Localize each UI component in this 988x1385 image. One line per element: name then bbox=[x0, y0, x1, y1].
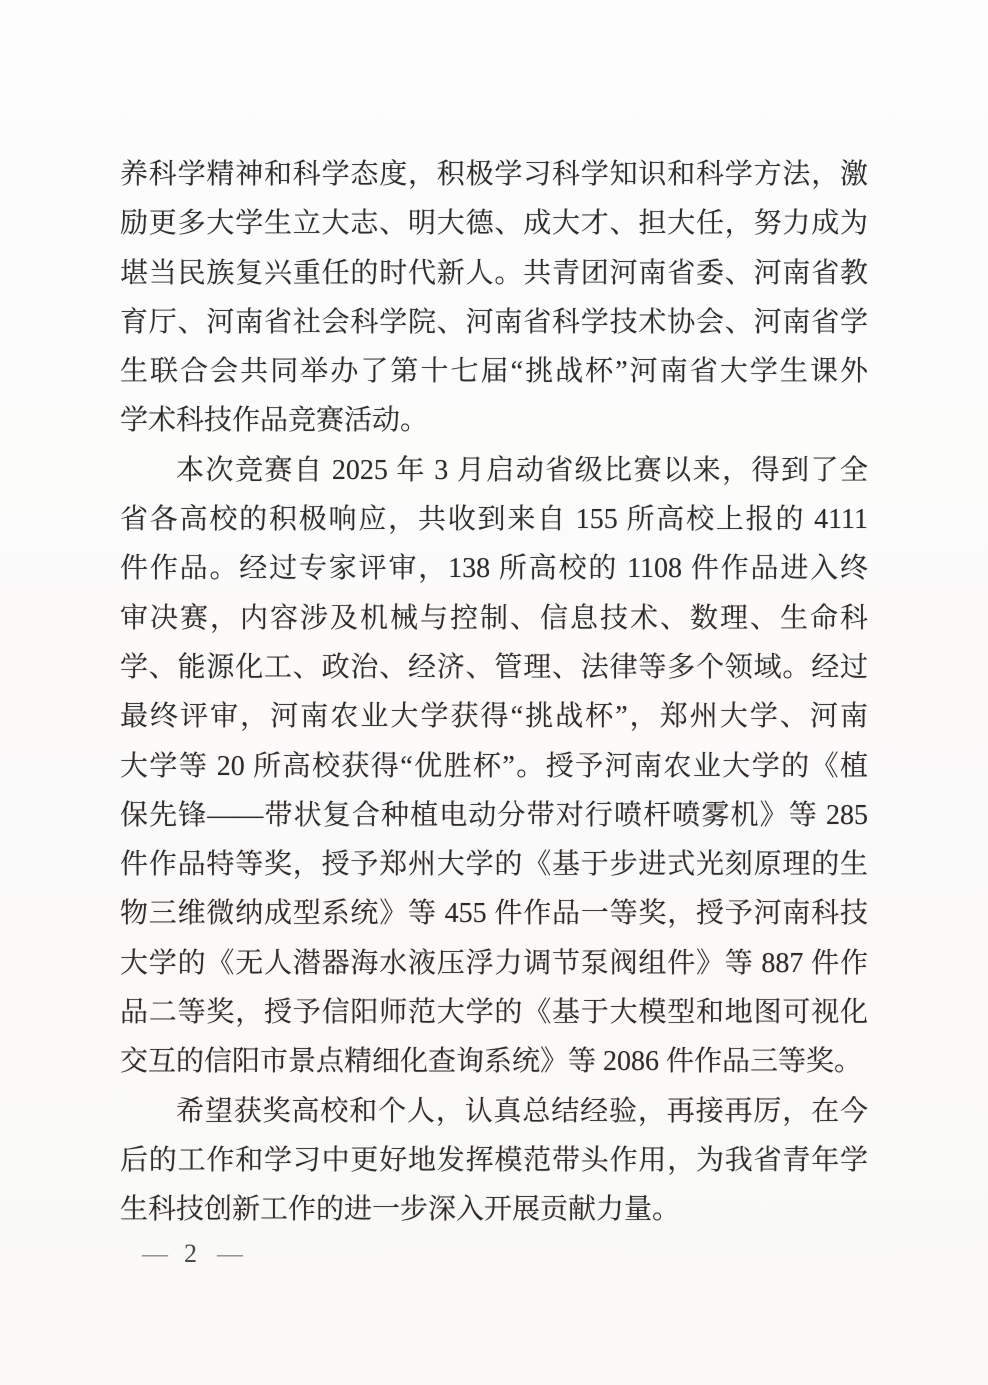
paragraph-2: 本次竞赛自 2025 年 3 月启动省级比赛以来，得到了全省各高校的积极响应，共… bbox=[120, 446, 868, 1087]
text-line: 本次竞赛自 2025 年 3 月启动省级比赛以来，得到了全 bbox=[120, 446, 868, 495]
text-line: 养科学精神和科学态度，积极学习科学知识和科学方法，激 bbox=[120, 150, 868, 199]
text-line: 励更多大学生立大志、明大德、成大才、担大任，努力成为 bbox=[120, 199, 868, 248]
text-line: 后的工作和学习中更好地发挥模范带头作用，为我省青年学 bbox=[120, 1136, 868, 1185]
text-line: 保先锋——带状复合种植电动分带对行喷杆喷雾机》等 285 bbox=[120, 791, 868, 840]
text-line: 生科技创新工作的进一步深入开展贡献力量。 bbox=[120, 1185, 868, 1234]
text-line: 物三维微纳成型系统》等 455 件作品一等奖，授予河南科技 bbox=[120, 889, 868, 938]
text-line: 大学的《无人潜器海水液压浮力调节泵阀组件》等 887 件作 bbox=[120, 939, 868, 988]
text-line: 学术科技作品竞赛活动。 bbox=[120, 396, 868, 445]
footer-right-dash: — bbox=[217, 1238, 243, 1270]
text-line: 件作品特等奖，授予郑州大学的《基于步进式光刻原理的生 bbox=[120, 840, 868, 889]
text-line: 堪当民族复兴重任的时代新人。共青团河南省委、河南省教 bbox=[120, 249, 868, 298]
text-line: 交互的信阳市景点精细化查询系统》等 2086 件作品三等奖。 bbox=[120, 1037, 868, 1086]
text-line: 审决赛，内容涉及机械与控制、信息技术、数理、生命科 bbox=[120, 594, 868, 643]
text-line: 希望获奖高校和个人，认真总结经验，再接再厉，在今 bbox=[120, 1087, 868, 1136]
text-line: 学、能源化工、政治、经济、管理、法律等多个领域。经过 bbox=[120, 643, 868, 692]
scanned-document-page: 养科学精神和科学态度，积极学习科学知识和科学方法，激励更多大学生立大志、明大德、… bbox=[0, 0, 988, 1385]
document-body: 养科学精神和科学态度，积极学习科学知识和科学方法，激励更多大学生立大志、明大德、… bbox=[120, 150, 868, 1235]
text-line: 省各高校的积极响应，共收到来自 155 所高校上报的 4111 bbox=[120, 495, 868, 544]
text-line: 件作品。经过专家评审，138 所高校的 1108 件作品进入终 bbox=[120, 544, 868, 593]
paragraph-1: 养科学精神和科学态度，积极学习科学知识和科学方法，激励更多大学生立大志、明大德、… bbox=[120, 150, 868, 446]
page-number: 2 bbox=[184, 1238, 197, 1270]
text-line: 最终评审，河南农业大学获得“挑战杯”，郑州大学、河南 bbox=[120, 692, 868, 741]
text-line: 生联合会共同举办了第十七届“挑战杯”河南省大学生课外 bbox=[120, 347, 868, 396]
text-line: 品二等奖，授予信阳师范大学的《基于大模型和地图可视化 bbox=[120, 988, 868, 1037]
text-line: 大学等 20 所高校获得“优胜杯”。授予河南农业大学的《植 bbox=[120, 742, 868, 791]
paragraph-3: 希望获奖高校和个人，认真总结经验，再接再厉，在今后的工作和学习中更好地发挥模范带… bbox=[120, 1087, 868, 1235]
text-line: 育厅、河南省社会科学院、河南省科学技术协会、河南省学 bbox=[120, 298, 868, 347]
page-footer: — 2 — bbox=[142, 1238, 243, 1270]
footer-left-dash: — bbox=[142, 1238, 168, 1270]
